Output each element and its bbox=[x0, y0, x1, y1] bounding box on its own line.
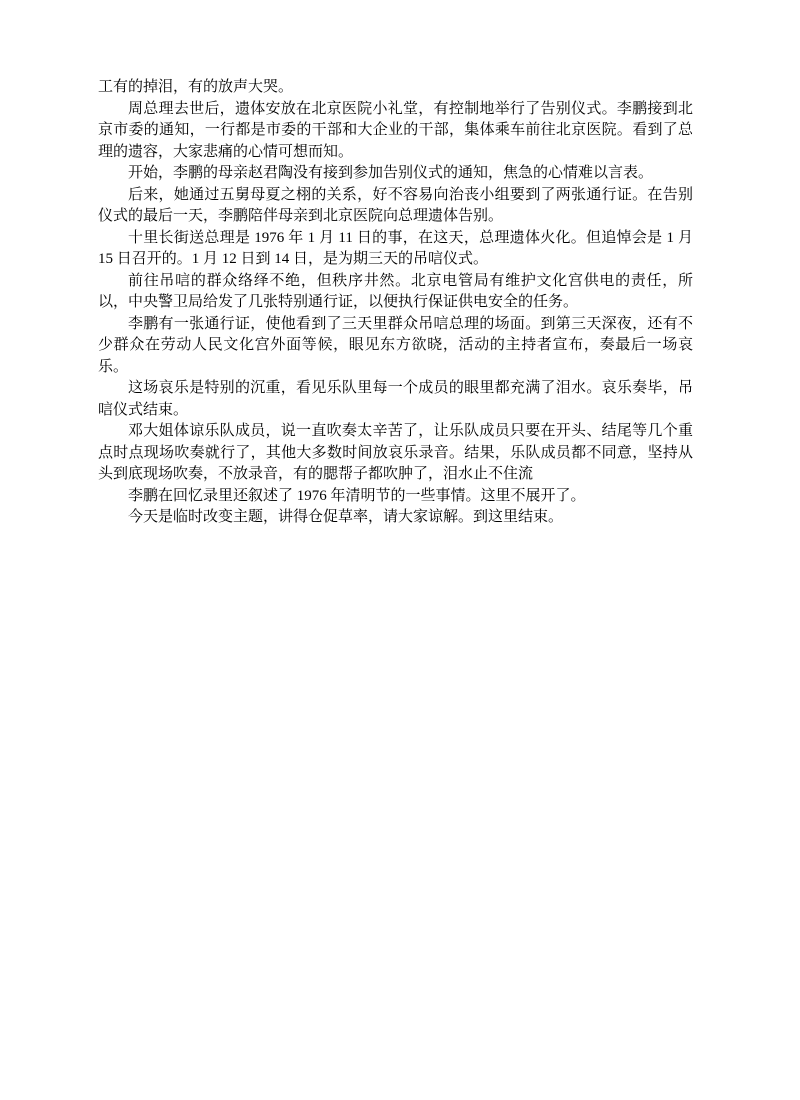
paragraph: 李鹏有一张通行证，使他看到了三天里群众吊唁总理的场面。到第三天深夜，还有不少群众… bbox=[98, 314, 693, 379]
paragraph: 这场哀乐是特别的沉重，看见乐队里每一个成员的眼里都充满了泪水。哀乐奏毕，吊唁仪式… bbox=[98, 378, 693, 421]
paragraph: 后来，她通过五舅母夏之栩的关系，好不容易向治丧小组要到了两张通行证。在告别仪式的… bbox=[98, 185, 693, 228]
paragraph: 十里长街送总理是 1976 年 1 月 11 日的事，在这天，总理遗体火化。但追… bbox=[98, 228, 693, 271]
paragraph: 邓大姐体谅乐队成员，说一直吹奏太辛苦了，让乐队成员只要在开头、结尾等几个重点时点… bbox=[98, 421, 693, 486]
document-page: 工有的掉泪，有的放声大哭。周总理去世后，遗体安放在北京医院小礼堂，有控制地举行了… bbox=[0, 0, 800, 1100]
paragraph: 开始，李鹏的母亲赵君陶没有接到参加告别仪式的通知，焦急的心情难以言表。 bbox=[98, 163, 693, 185]
paragraph: 今天是临时改变主题，讲得仓促草率，请大家谅解。到这里结束。 bbox=[98, 507, 693, 529]
document-text-block: 工有的掉泪，有的放声大哭。周总理去世后，遗体安放在北京医院小礼堂，有控制地举行了… bbox=[98, 77, 693, 529]
paragraph: 前往吊唁的群众络绎不绝，但秩序井然。北京电管局有维护文化宫供电的责任，所以，中央… bbox=[98, 271, 693, 314]
paragraph: 周总理去世后，遗体安放在北京医院小礼堂，有控制地举行了告别仪式。李鹏接到北京市委… bbox=[98, 99, 693, 164]
paragraph: 工有的掉泪，有的放声大哭。 bbox=[98, 77, 693, 99]
paragraph: 李鹏在回忆录里还叙述了 1976 年清明节的一些事情。这里不展开了。 bbox=[98, 486, 693, 508]
